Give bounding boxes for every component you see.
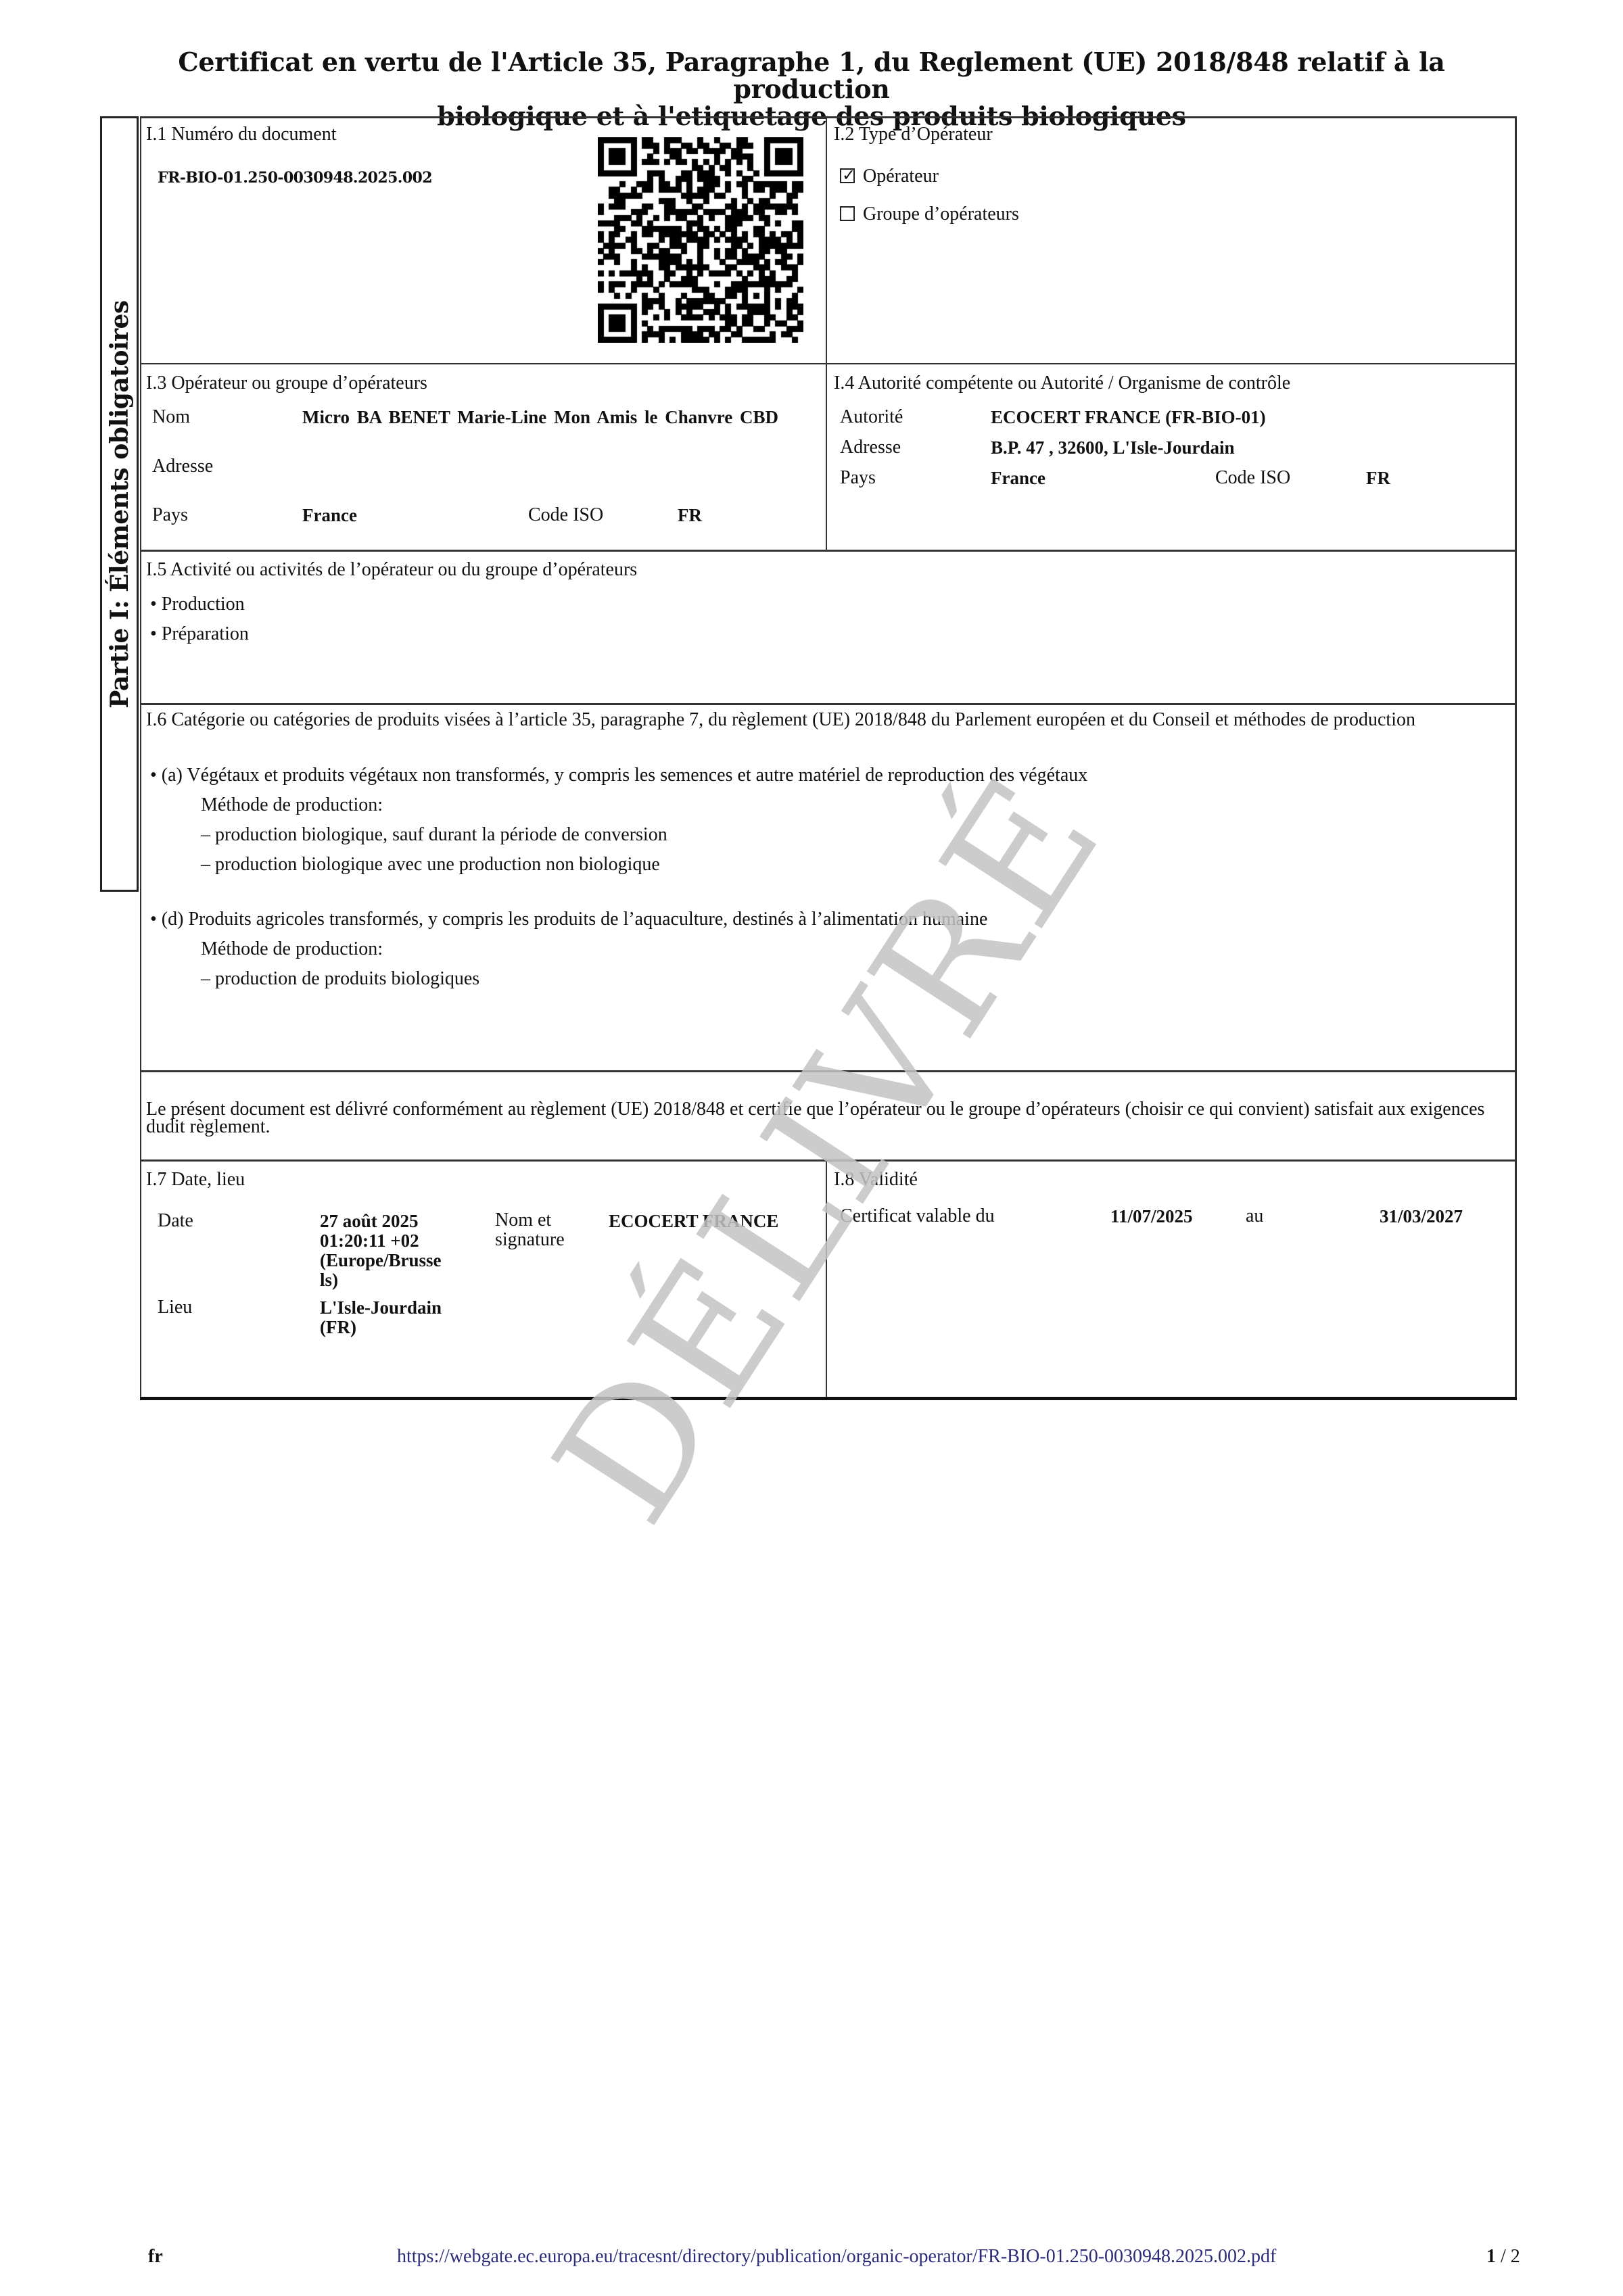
place-line: (FR) xyxy=(320,1318,442,1337)
document-number: FR-BIO-01.250-0030948.2025.002 xyxy=(158,169,432,187)
footer-pdf-link[interactable]: https://webgate.ec.europa.eu/tracesnt/di… xyxy=(397,2246,1276,2268)
checkbox-unchecked-icon[interactable] xyxy=(840,206,855,221)
row-divider-5 xyxy=(140,1159,1517,1162)
valid-to-date: 31/03/2027 xyxy=(1380,1207,1463,1226)
valid-from-date: 11/07/2025 xyxy=(1110,1207,1193,1226)
category-a-method-label: Méthode de production: xyxy=(201,794,383,816)
checkbox-operator-group[interactable]: Groupe d’opérateurs xyxy=(840,204,1019,225)
table-border-right xyxy=(1515,116,1517,1398)
checkbox-operator-group-label: Groupe d’opérateurs xyxy=(863,204,1019,224)
date-line: 27 août 2025 xyxy=(320,1212,442,1231)
place-line: L'Isle-Jourdain xyxy=(320,1298,442,1318)
authority-iso-label: Code ISO xyxy=(1215,467,1290,489)
table-border-top xyxy=(140,116,1517,118)
section-1-3-heading: I.3 Opérateur ou groupe d’opérateurs xyxy=(146,373,427,394)
authority-country-label: Pays xyxy=(840,467,876,489)
row-divider-4 xyxy=(140,1070,1517,1072)
page-separator: / xyxy=(1496,2246,1511,2267)
page-total: 2 xyxy=(1511,2246,1520,2267)
checkbox-operator[interactable]: Opérateur xyxy=(840,166,939,187)
date-label: Date xyxy=(158,1210,193,1232)
operator-country-label: Pays xyxy=(152,504,188,526)
operator-country-value: France xyxy=(302,506,357,525)
operator-iso-value: FR xyxy=(678,506,702,525)
authority-address-label: Adresse xyxy=(840,437,901,458)
signature-label-line: Nom et xyxy=(495,1210,565,1230)
activity-item: • Production xyxy=(150,594,245,615)
operator-name-value: Micro BA BENET Marie-Line Mon Amis le Ch… xyxy=(302,408,813,427)
table-border-left xyxy=(140,116,141,1398)
column-divider-top xyxy=(826,116,827,551)
part-one-label: Partie I: Éléments obligatoires xyxy=(105,300,134,708)
authority-address-value: B.P. 47 , 32600, L'Isle-Jourdain xyxy=(991,438,1235,457)
operator-name-label: Nom xyxy=(152,406,190,428)
page-indicator: 1 / 2 xyxy=(1486,2246,1520,2268)
section-1-8-heading: I.8 Validité xyxy=(834,1169,918,1191)
section-1-4-heading: I.4 Autorité compétente ou Autorité / Or… xyxy=(834,373,1290,394)
checkbox-operator-label: Opérateur xyxy=(863,166,939,187)
validity-label: Certificat valable du xyxy=(840,1205,995,1227)
table-border-bottom xyxy=(140,1397,1517,1400)
date-line: ls) xyxy=(320,1270,442,1290)
page-current: 1 xyxy=(1486,2246,1496,2267)
section-1-2-heading: I.2 Type d’Opérateur xyxy=(834,124,993,145)
category-a-method: – production biologique, sauf durant la … xyxy=(201,824,667,846)
authority-country-value: France xyxy=(991,469,1045,487)
qr-code-icon xyxy=(598,137,803,343)
authority-label: Autorité xyxy=(840,406,903,428)
row-divider-2 xyxy=(140,550,1517,552)
validity-to-label: au xyxy=(1246,1205,1263,1227)
section-1-7-heading: I.7 Date, lieu xyxy=(146,1169,245,1191)
category-d-method-label: Méthode de production: xyxy=(201,938,383,960)
checkbox-checked-icon[interactable] xyxy=(840,168,855,183)
operator-address-label: Adresse xyxy=(152,456,213,477)
authority-value: ECOCERT FRANCE (FR-BIO-01) xyxy=(991,408,1266,427)
row-divider-1 xyxy=(140,363,1517,364)
section-1-5-heading: I.5 Activité ou activités de l’opérateur… xyxy=(146,559,637,581)
title-line-1: Certificat en vertu de l'Article 35, Par… xyxy=(101,49,1522,103)
date-line: 01:20:11 +02 xyxy=(320,1231,442,1251)
signature-label-line: signature xyxy=(495,1230,565,1249)
conformity-statement: Le présent document est délivré conformé… xyxy=(146,1101,1505,1136)
column-divider-bottom xyxy=(826,1159,827,1398)
signature-label: Nom et signature xyxy=(495,1210,565,1249)
footer-language: fr xyxy=(148,2246,163,2268)
place-label: Lieu xyxy=(158,1297,192,1318)
authority-iso-value: FR xyxy=(1366,469,1390,487)
date-value: 27 août 2025 01:20:11 +02 (Europe/Brusse… xyxy=(320,1212,442,1290)
section-1-6-heading: I.6 Catégorie ou catégories de produits … xyxy=(146,711,1499,729)
category-a-title: • (a) Végétaux et produits végétaux non … xyxy=(150,765,1087,786)
signature-value: ECOCERT FRANCE xyxy=(609,1212,778,1230)
row-divider-3 xyxy=(140,703,1517,705)
place-value: L'Isle-Jourdain (FR) xyxy=(320,1298,442,1337)
category-a-method: – production biologique avec une product… xyxy=(201,854,660,876)
activity-item: • Préparation xyxy=(150,623,249,645)
section-1-1-heading: I.1 Numéro du document xyxy=(146,124,337,145)
date-line: (Europe/Brusse xyxy=(320,1251,442,1270)
category-d-title: • (d) Produits agricoles transformés, y … xyxy=(150,909,987,930)
part-one-side-box: Partie I: Éléments obligatoires xyxy=(100,116,139,892)
category-d-method: – production de produits biologiques xyxy=(201,968,479,990)
operator-iso-label: Code ISO xyxy=(528,504,603,526)
